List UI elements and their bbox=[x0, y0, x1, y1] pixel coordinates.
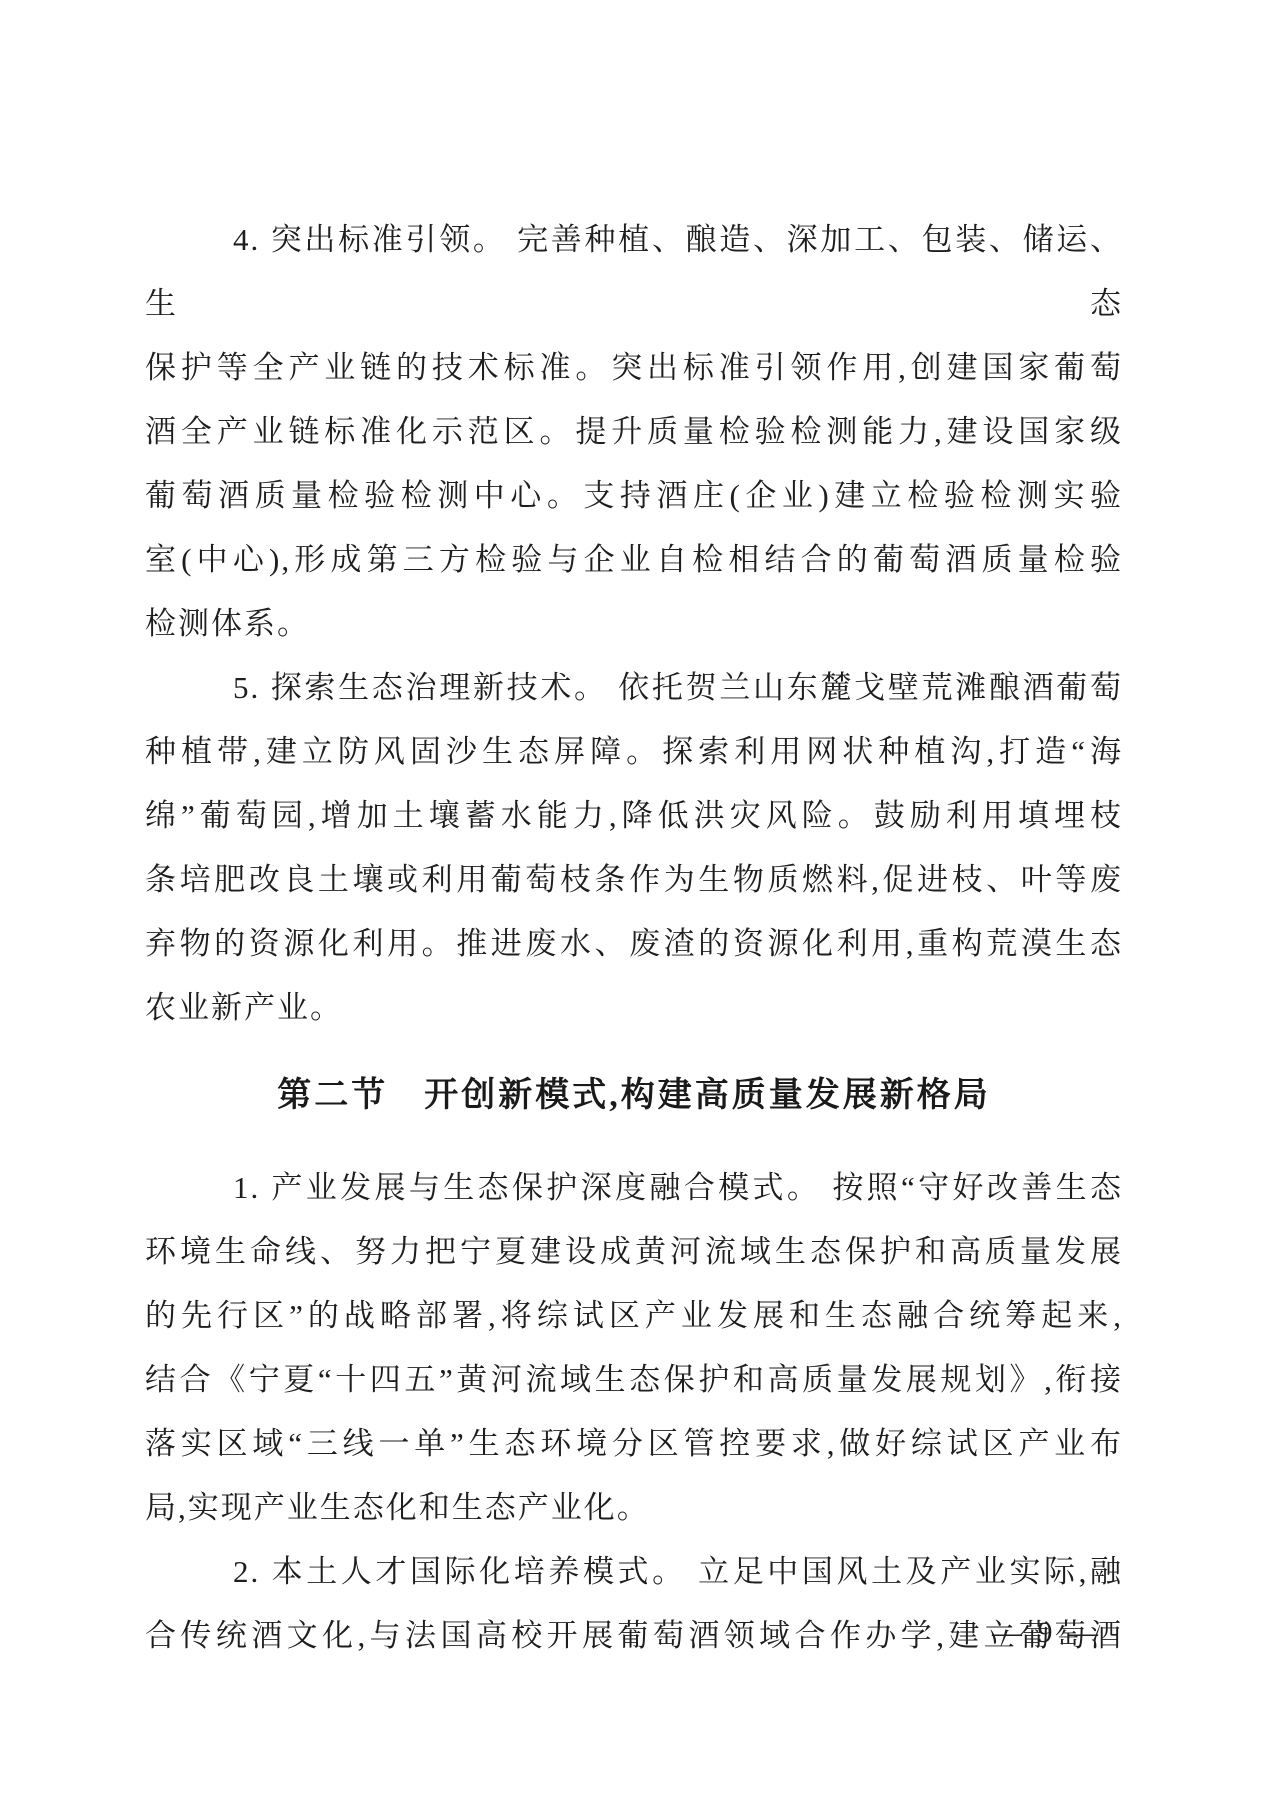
text-line: 弃物的资源化利用。推进废水、废渣的资源化利用,重构荒漠生态 bbox=[145, 912, 1123, 976]
text-line: 检测体系。 bbox=[145, 592, 1123, 656]
paragraph-item-5: 5. 探索生态治理新技术。 依托贺兰山东麓戈壁荒滩酿酒葡萄 种植带,建立防风固沙… bbox=[145, 656, 1123, 1040]
text-line: 结合《宁夏“十四五”黄河流域生态保护和高质量发展规划》,衔接 bbox=[145, 1348, 1123, 1412]
section-heading: 第二节开创新模式,构建高质量发展新格局 bbox=[145, 1062, 1123, 1130]
document-page: 4. 突出标准引领。 完善种植、酿造、深加工、包装、储运、生态 保护等全产业链的… bbox=[0, 0, 1280, 1811]
paragraph-item-1: 1. 产业发展与生态保护深度融合模式。 按照“守好改善生态 环境生命线、努力把宁… bbox=[145, 1156, 1123, 1540]
text-line: 保护等全产业链的技术标准。突出标准引领作用,创建国家葡萄 bbox=[145, 336, 1123, 400]
text-line: 种植带,建立防风固沙生态屏障。探索利用网状种植沟,打造“海 bbox=[145, 720, 1123, 784]
text-line: 绵”葡萄园,增加土壤蓄水能力,降低洪灾风险。鼓励利用填埋枝 bbox=[145, 784, 1123, 848]
text-line: 1. 产业发展与生态保护深度融合模式。 按照“守好改善生态 bbox=[145, 1156, 1123, 1220]
text-line: 2. 本土人才国际化培养模式。 立足中国风土及产业实际,融 bbox=[145, 1540, 1123, 1604]
paragraph-item-2: 2. 本土人才国际化培养模式。 立足中国风土及产业实际,融 合传统酒文化,与法国… bbox=[145, 1540, 1123, 1668]
text-line: 落实区域“三线一单”生态环境分区管控要求,做好综试区产业布 bbox=[145, 1412, 1123, 1476]
text-line: 酒全产业链标准化示范区。提升质量检验检测能力,建设国家级 bbox=[145, 400, 1123, 464]
section-number: 第二节 bbox=[277, 1077, 388, 1114]
document-body: 4. 突出标准引领。 完善种植、酿造、深加工、包装、储运、生态 保护等全产业链的… bbox=[145, 208, 1123, 1668]
text-line: 环境生命线、努力把宁夏建设成黄河流域生态保护和高质量发展 bbox=[145, 1220, 1123, 1284]
text-line: 局,实现产业生态化和生态产业化。 bbox=[145, 1476, 1123, 1540]
paragraph-item-4: 4. 突出标准引领。 完善种植、酿造、深加工、包装、储运、生态 保护等全产业链的… bbox=[145, 208, 1123, 656]
page-number: — 9 — bbox=[992, 1616, 1102, 1650]
text-line: 5. 探索生态治理新技术。 依托贺兰山东麓戈壁荒滩酿酒葡萄 bbox=[145, 656, 1123, 720]
text-line: 室(中心),形成第三方检验与企业自检相结合的葡萄酒质量检验 bbox=[145, 528, 1123, 592]
text-line: 合传统酒文化,与法国高校开展葡萄酒领域合作办学,建立葡萄酒 bbox=[145, 1604, 1123, 1668]
text-line: 的先行区”的战略部署,将综试区产业发展和生态融合统筹起来, bbox=[145, 1284, 1123, 1348]
text-line: 条培肥改良土壤或利用葡萄枝条作为生物质燃料,促进枝、叶等废 bbox=[145, 848, 1123, 912]
text-line: 葡萄酒质量检验检测中心。支持酒庄(企业)建立检验检测实验 bbox=[145, 464, 1123, 528]
section-title: 开创新模式,构建高质量发展新格局 bbox=[424, 1077, 991, 1114]
text-line: 农业新产业。 bbox=[145, 976, 1123, 1040]
text-line: 4. 突出标准引领。 完善种植、酿造、深加工、包装、储运、生态 bbox=[145, 208, 1123, 336]
